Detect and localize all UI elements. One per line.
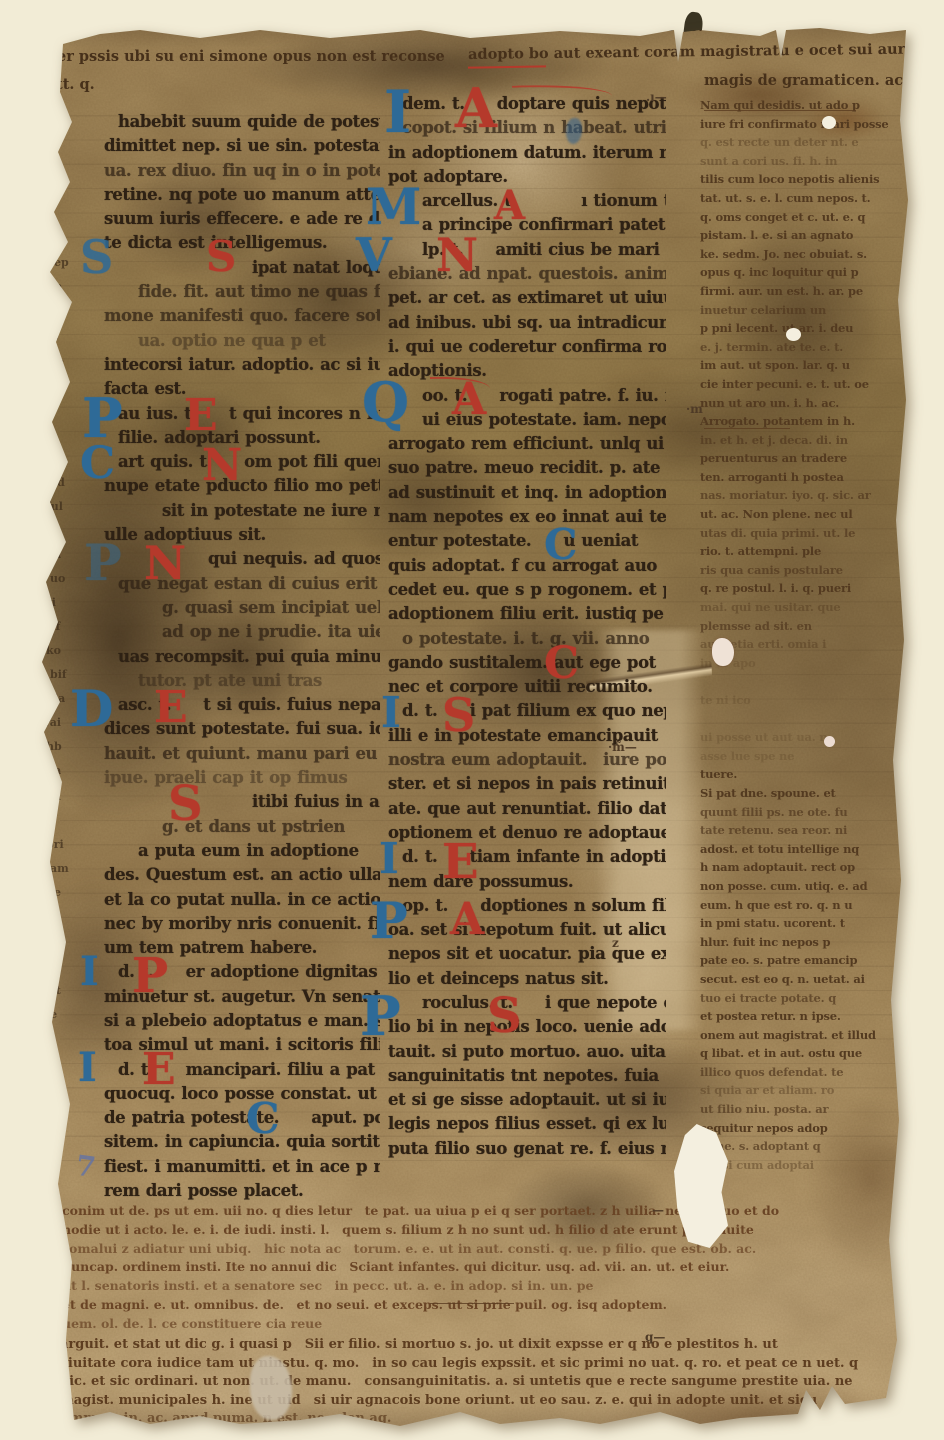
- gloss-line: nas. moriatur. iyo. q. sic. ar: [700, 486, 908, 505]
- manuscript-leaf-shadow: nis q. amon ne duosc ur pater ac. er pss…: [0, 0, 944, 1440]
- gloss-line: ten. arroganti h postea: [700, 468, 908, 487]
- top-margin-gloss-line: nis q. amon ne: [168, 12, 287, 29]
- gloss-line: ummag. in. ac. apud puma. n est. ne den …: [60, 1410, 912, 1429]
- gloss-line: tilis cum loco nepotis alienis: [700, 170, 908, 189]
- text-line: ui eius potestate. iam. nepois ap: [388, 408, 666, 432]
- gloss-line: utas di. quia primi. ut. le: [700, 524, 908, 543]
- margin-fragment: q: [50, 160, 58, 173]
- illuminated-initial: S: [168, 782, 203, 826]
- gloss-line: magist. municipales h. ine ut uid si uir…: [60, 1392, 912, 1411]
- text-line: suum iuris effecere. e ade re de pnpo: [104, 207, 380, 231]
- gloss-line: illico quos defendat. te: [700, 1063, 908, 1082]
- red-underline: [468, 65, 546, 68]
- text-line: in adoptionem datum. iterum n: [388, 141, 666, 165]
- gloss-line: nuncap. ordinem insti. Ite no annui dic …: [62, 1258, 910, 1277]
- text-line: entur potestate. u ueniat: [388, 529, 666, 553]
- gloss-line: firmi. aur. un est. h. ar. pe: [700, 282, 908, 301]
- gloss-line: et postea retur. n ipse.: [700, 1007, 908, 1026]
- illuminated-initial: I: [384, 86, 411, 139]
- gloss-line: eum. h que est ro. q. n u: [700, 896, 908, 915]
- text-line: d. t. tiam infante in adoptio: [388, 845, 666, 869]
- gloss-line: ris qua canis postulare: [700, 561, 908, 580]
- illuminated-initial: N: [436, 234, 478, 276]
- top-margin-gloss-line: magis de gramaticen. ac.: [704, 72, 908, 89]
- gloss-line: dic. et sic ordinari. ut non. ut. de man…: [60, 1373, 912, 1392]
- gloss-line: q. oms conget et c. ut. e. q: [700, 208, 908, 227]
- text-line: ad sustinuit et inq. in adoptione: [388, 481, 666, 505]
- text-line: ua. optio ne qua p et: [104, 329, 380, 353]
- gloss-line: uem. ol. de. l. ce constituere cia reue: [62, 1315, 910, 1334]
- margin-fragment: itl: [44, 524, 57, 537]
- text-line: i. qui ue coderetur confirma ro ne: [388, 335, 666, 359]
- tie-mark: z: [612, 936, 619, 950]
- brown-underline: [430, 1303, 514, 1304]
- text-line: pot adoptare.: [388, 165, 666, 189]
- gloss-line: [700, 672, 908, 691]
- illuminated-initial: A: [494, 188, 525, 225]
- margin-fragment: nt: [50, 380, 63, 393]
- gloss-line: hodie ut i acto. le. e. i. de iudi. inst…: [62, 1221, 910, 1240]
- margin-fragment: rai: [44, 716, 61, 729]
- margin-fragment: de: [44, 330, 59, 343]
- text-line: itibi fuius in adop: [104, 790, 380, 814]
- manuscript-leaf: nis q. amon ne duosc ur pater ac. er pss…: [0, 0, 944, 1440]
- margin-fragment: bif: [50, 668, 67, 681]
- text-line: uas recompsit. pui quia minui: [104, 645, 380, 669]
- gloss-line: aut retia erti. omia i: [700, 635, 908, 654]
- page-background: nis q. amon ne duosc ur pater ac. er pss…: [0, 0, 944, 1440]
- gloss-line: peruenturus an tradere: [700, 449, 908, 468]
- gloss-line: te ni ico: [700, 691, 908, 710]
- text-line: suo patre. meuo recidit. p. ate: [388, 456, 666, 480]
- gloss-line: conim ut de. ps ut em. uii no. q dies le…: [62, 1202, 910, 1221]
- tie-mark: ·m: [686, 402, 703, 416]
- text-line: a puta eum in adoptione: [104, 839, 380, 863]
- illuminated-initial: C: [80, 444, 115, 484]
- text-line: ad inibus. ubi sq. ua intradicunt: [388, 311, 666, 335]
- illuminated-initial: S: [206, 238, 236, 277]
- illuminated-initial: I: [379, 840, 399, 879]
- illuminated-initial: P: [84, 540, 122, 586]
- gloss-line: ut l. senatoris insti. et a senatore sec…: [62, 1277, 910, 1296]
- gloss-line: in er apo: [700, 654, 908, 673]
- margin-fragment: en: [46, 790, 61, 803]
- text-line: arrogato rem efficiunt. unlq ui: [388, 432, 666, 456]
- text-line: intecorsi iatur. adoptio. ac si iure: [104, 353, 380, 377]
- gloss-line: q. est recte un deter nt. e: [700, 133, 908, 152]
- text-line: rem dari posse placet.: [104, 1179, 380, 1203]
- margin-fragment: itr: [46, 936, 61, 949]
- margin-fragment: bis: [46, 356, 64, 369]
- text-line: et si ge sisse adoptauit. ut si iure: [388, 1088, 666, 1112]
- gloss-line: adost. et totu intellige nq: [700, 840, 908, 859]
- text-line: au ius. t. t qui incores n hnt: [104, 402, 380, 426]
- text-line: lio bi in nepotis loco. uenie adop: [388, 1015, 666, 1039]
- margin-fragment: no: [46, 306, 61, 319]
- text-line: quis adoptat. f cu arrogat auo: [388, 554, 666, 578]
- gloss-line: ciuitate cora iudice tam ut ninstu. q. m…: [60, 1355, 912, 1374]
- gloss-line: asse lue spe ne: [700, 747, 908, 766]
- gloss-line: sequitur nepos adop: [700, 1119, 908, 1138]
- margin-fragment: iti: [46, 452, 59, 465]
- gloss-line: et ne. s. adoptant q: [700, 1137, 908, 1156]
- text-line: retine. nq pote uo manum atte. e os: [104, 183, 380, 207]
- tie-mark: —: [652, 1203, 664, 1217]
- illuminated-initial: P: [132, 954, 168, 998]
- text-line: nem dare possumus.: [388, 870, 666, 894]
- margin-fragment: fa: [44, 428, 56, 441]
- margin-fragment: fi: [44, 814, 52, 827]
- gloss-line: si quia ar et aliam. ro: [700, 1081, 908, 1100]
- illuminated-initial: E: [142, 1050, 176, 1090]
- illuminated-initial: E: [154, 688, 188, 728]
- text-line: pet. ar cet. as extimaret ut uiuus: [388, 286, 666, 310]
- text-layer: nis q. amon ne duosc ur pater ac. er pss…: [0, 0, 944, 1440]
- margin-fragment: ri: [46, 596, 56, 609]
- text-line: gando sustitalem. aut ege pot: [388, 651, 666, 675]
- illuminated-initial: V: [356, 234, 392, 276]
- margin-fragment: ne: [46, 886, 61, 899]
- text-line: lp. t. amiti cius be mari ent.: [388, 238, 666, 262]
- gloss-line: p pni lecent. ut ar. i. deu: [700, 319, 908, 338]
- margin-fragment: nep: [46, 256, 69, 269]
- text-line: adoptionem filiu erit. iustiq pe: [388, 602, 666, 626]
- gloss-line: nun ut aro un. i. h. ac.: [700, 394, 908, 413]
- gloss-line: opus q. inc loquitur qui p: [700, 263, 908, 282]
- text-line: nec by moriby nris conuenit. fili: [104, 912, 380, 936]
- text-line: ebiane. ad npat. questois. anim: [388, 262, 666, 286]
- tie-mark: .ı—: [646, 90, 667, 104]
- gloss-line: secut. est eo q. n. uetat. ai: [700, 970, 908, 989]
- margin-fragment: mt: [44, 232, 61, 245]
- margin-fragment: bri: [46, 838, 64, 851]
- text-line: habebit suum quide de potestate: [104, 110, 380, 134]
- margin-fragment: b: [46, 208, 54, 221]
- text-line: dices sunt potestate. fui sua. id ep: [104, 717, 380, 741]
- illuminated-initial: E: [184, 396, 218, 436]
- illuminated-initial: S: [487, 994, 522, 1038]
- text-line: si a plebeio adoptatus e man. sen: [104, 1009, 380, 1033]
- gloss-line: ui posse ut aut ua. n: [700, 728, 908, 747]
- text-line: mone manifesti quo. facere sot: [104, 304, 380, 328]
- gloss-line: Si pat dne. spoune. et: [700, 784, 908, 803]
- margin-fragment: le: [46, 1008, 57, 1021]
- illuminated-initial: I: [381, 694, 401, 733]
- gloss-line: onem aut magistrat. et illud: [700, 1026, 908, 1045]
- gloss-line: cie inter pecuni. e. t. ut. oe: [700, 375, 908, 394]
- text-line: lio et deinceps natus sit.: [388, 967, 666, 991]
- text-line: nepos sit et uocatur. pia que ex fi: [388, 942, 666, 966]
- margin-fragment: ko: [46, 644, 61, 657]
- text-line: de patria potestate. aput. pcoa: [104, 1106, 380, 1130]
- illuminated-initial: C: [544, 644, 579, 684]
- top-margin-gloss-line: er pssis ubi su eni simone opus non est …: [57, 48, 445, 65]
- illuminated-initial: A: [455, 84, 497, 134]
- illuminated-initial: D: [70, 686, 113, 732]
- gloss-line: pistam. l. e. si an agnato: [700, 226, 908, 245]
- margin-fragment: ne: [46, 1104, 61, 1117]
- gloss-line: in pmi statu. ucorent. t: [700, 914, 908, 933]
- text-line: ipue. praeli cap it op fimus: [104, 766, 380, 790]
- margin-fragment: an: [46, 548, 61, 561]
- text-line: g. quasi sem incipiat uelit: [104, 596, 380, 620]
- text-line: arcellus. t. ı tionum te facta: [388, 189, 666, 213]
- margin-fragment: la: [50, 764, 61, 777]
- margin-fragment: mf: [44, 620, 60, 633]
- gloss-line: tuere.: [700, 765, 908, 784]
- brown-underline: [704, 110, 856, 111]
- margin-fragment: fi: [46, 404, 54, 417]
- text-line: o potestate. i. t. g. vii. anno: [388, 627, 666, 651]
- bottom-margin-gloss-upper: conim ut de. ps ut em. uii no. q dies le…: [62, 1202, 910, 1334]
- illuminated-initial: I: [80, 954, 99, 991]
- gloss-line: tat. ut. s. e. l. cum nepos. t.: [700, 189, 908, 208]
- illuminated-initial: I: [78, 1050, 97, 1087]
- gloss-line: in. et h. et j. deca. di. in: [700, 431, 908, 450]
- brown-underline: [704, 428, 790, 429]
- text-line: ua. rex diuo. fin uq in o in pote: [104, 159, 380, 183]
- gloss-line: iure fri confirmato mari posse: [700, 115, 908, 134]
- margin-fragment: mg: [46, 110, 65, 123]
- gloss-line: tate retenu. sea reor. ni: [700, 821, 908, 840]
- text-line: cedet eu. que s p rogonem. et p: [388, 578, 666, 602]
- text-line: ipat natat loqui: [104, 256, 380, 280]
- gloss-line: q libat. et in aut. ostu que: [700, 1044, 908, 1063]
- illuminated-initial: S: [442, 694, 475, 736]
- text-line: dimittet nep. si ue sin. potestatem: [104, 134, 380, 158]
- margin-fragment: uo: [50, 572, 65, 585]
- gloss-line: arguit. et stat ut dic g. i quasi p Sii …: [60, 1336, 912, 1355]
- text-line: des. Questum est. an actio ulla sit: [104, 863, 380, 887]
- gloss-line: et de magni. e. ut. omnibus. de. et no s…: [62, 1296, 910, 1315]
- gloss-line: q. re postul. l. i. q. pueri: [700, 579, 908, 598]
- gloss-line: h nam adoptauit. rect op: [700, 858, 908, 877]
- text-line: ate. que aut renuntiat. filio dato i ao: [388, 797, 666, 821]
- illuminated-initial: E: [442, 840, 479, 884]
- gloss-line: somalui z adiatur uni ubiq. hic nota ac …: [62, 1240, 910, 1259]
- text-line: puta filio suo genat re. f. eius nat.: [388, 1137, 666, 1161]
- text-line: tutor. pt ate uni tras: [104, 669, 380, 693]
- gloss-line: pate eo. s. patre emancip: [700, 951, 908, 970]
- margin-fragment: m: [44, 1056, 56, 1069]
- margin-fragment: rt: [50, 984, 61, 997]
- text-column-center: dem. t. doptare quis nepotislocopot. si …: [388, 92, 666, 1161]
- illuminated-initial: P: [370, 898, 408, 944]
- text-line: tauit. si puto mortuo. auo. uita q: [388, 1040, 666, 1064]
- text-line: legis nepos filius esset. qi ex lutio: [388, 1112, 666, 1136]
- top-margin-gloss-line: tt. q.: [56, 76, 95, 93]
- gloss-line: plemsse ad sit. en: [700, 617, 908, 636]
- margin-fragment: am: [50, 862, 69, 875]
- gloss-line: hlur. fuit inc nepos p: [700, 933, 908, 952]
- gloss-line: non posse. cum. utiq. e. ad: [700, 877, 908, 896]
- margin-fragment: ful: [46, 500, 63, 513]
- text-line: roculus. t. i que nepote ex fi: [388, 991, 666, 1015]
- gloss-column-right: Nam qui desidis. ut ado piure fri confir…: [700, 96, 908, 1174]
- text-line: te dicta est intelligemus.: [104, 231, 380, 255]
- text-line: hauit. et quiunt. manu pari eu: [104, 742, 380, 766]
- illuminated-initial: C: [544, 526, 577, 565]
- text-line: sit in potestate ne iure nali: [104, 499, 380, 523]
- text-line: d. t. i pat filium ex quo nepos: [388, 699, 666, 723]
- gloss-line: mai. qui ne usitar. que: [700, 598, 908, 617]
- illuminated-initial: P: [82, 394, 123, 444]
- illuminated-initial: Q: [362, 378, 409, 428]
- text-line: fiest. i manumitti. et in ace p mo: [104, 1155, 380, 1179]
- top-margin-gloss-line: duosc ur pater ac.: [556, 18, 703, 35]
- gloss-line: ae. si cum adoptai: [700, 1156, 908, 1175]
- illuminated-initial: C: [246, 1100, 279, 1139]
- illuminated-initial: A: [450, 900, 484, 940]
- illuminated-initial: N: [202, 446, 242, 486]
- text-line: sitem. in capiuncia. quia sortit: [104, 1130, 380, 1154]
- text-line: optionem et denuo re adoptauerit.: [388, 821, 666, 845]
- gloss-line: quunt filii ps. ne ote. fu: [700, 803, 908, 822]
- gloss-line: ut. ac. Non plene. nec ul: [700, 505, 908, 524]
- text-line: fide. fit. aut timo ne quas f: [104, 280, 380, 304]
- illuminated-initial: P: [360, 992, 401, 1042]
- tie-mark: q—: [645, 1330, 665, 1344]
- gloss-line: sunt a cori us. fi. h. in: [700, 152, 908, 171]
- gloss-line: tuo ei tracte potate. q: [700, 989, 908, 1008]
- gloss-line: e. j. termin. ate te. e. t.: [700, 338, 908, 357]
- margin-fragment: ta: [50, 280, 62, 293]
- text-line: asc. t. t si quis. fuius nepa: [104, 693, 380, 717]
- tie-mark: ·m̃—: [608, 740, 637, 754]
- text-line: op. t. doptiones n solum fili: [388, 894, 666, 918]
- illuminated-initial: S: [80, 236, 113, 278]
- gloss-line: im aut. ut spon. lar. q. u: [700, 356, 908, 375]
- gloss-line: ut filio niu. posta. ar: [700, 1100, 908, 1119]
- text-line: g. et dans ut pstrien: [104, 815, 380, 839]
- pen-trial-blue: 7: [74, 1149, 98, 1184]
- text-line: sanguinitatis tnt nepotes. fuia: [388, 1064, 666, 1088]
- gloss-line: inuetur celarium un: [700, 301, 908, 320]
- illuminated-initial: N: [144, 542, 186, 584]
- text-line: et la co putat nulla. in ce actio en: [104, 888, 380, 912]
- top-margin-gloss-line: adopto bo aut exeant coram magistratu e …: [468, 38, 944, 63]
- bottom-margin-gloss-lower: arguit. et stat ut dic g. i quasi p Sii …: [60, 1336, 912, 1429]
- illuminated-initial: M: [366, 184, 421, 230]
- gloss-line: [700, 710, 908, 729]
- gloss-line: rio. t. attempni. ple: [700, 542, 908, 561]
- text-line: facta est.: [104, 377, 380, 401]
- margin-fragment: ad: [50, 476, 65, 489]
- text-line: ad op ne i prudie. ita uien: [104, 620, 380, 644]
- text-line: copot. si filium n habeat. utrique: [388, 116, 666, 140]
- text-line: oa. set si nepotum fuit. ut alicui: [388, 918, 666, 942]
- text-line: a principe confirmari patet.: [388, 213, 666, 237]
- gloss-line: ke. sedm. Jo. nec obuiat. s.: [700, 245, 908, 264]
- margin-fragment: un: [44, 912, 60, 925]
- text-line: nec et corpore uitii recumito.: [388, 675, 666, 699]
- text-line: ster. et si nepos in pais retinuit potes…: [388, 772, 666, 796]
- text-line: nam nepotes ex eo innat aui ten: [388, 505, 666, 529]
- margin-fragment: hb: [46, 740, 62, 753]
- margin-fragment: nia: [46, 692, 65, 705]
- gloss-line: Nam qui desidis. ut ado p: [700, 96, 908, 115]
- text-column-left: habebit suum quide de potestatedimittet …: [104, 110, 380, 1203]
